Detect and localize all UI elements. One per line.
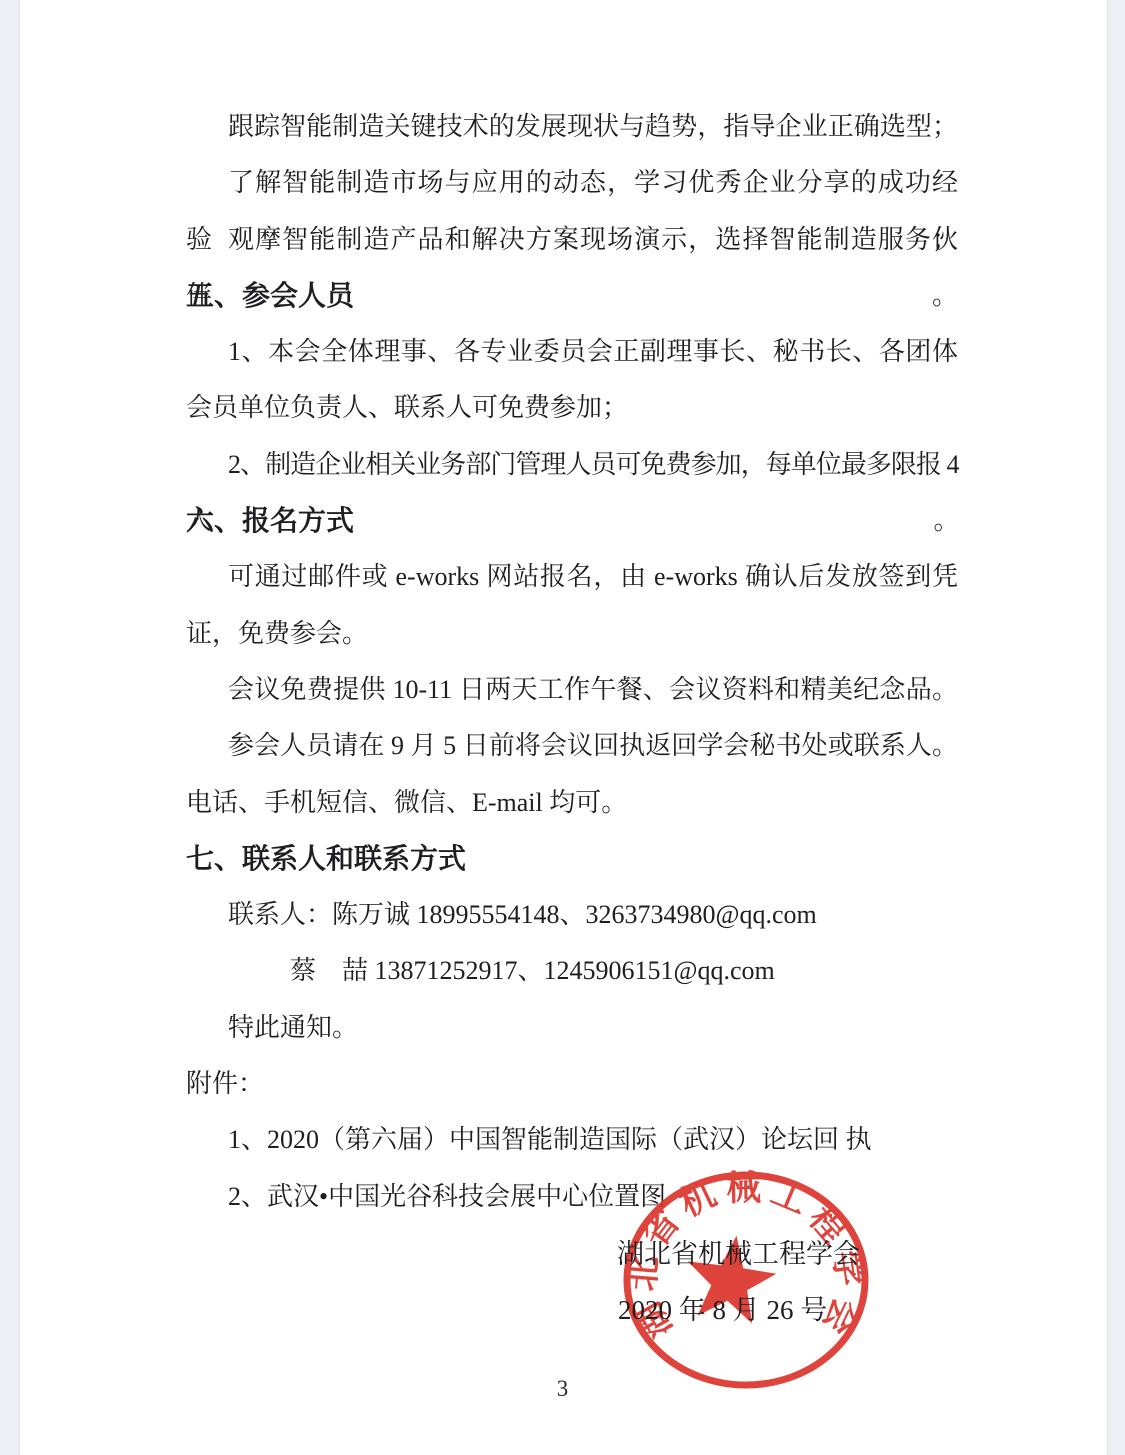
- doc-line: 跟踪智能制造关键技术的发展现状与趋势，指导企业正确选型；: [186, 99, 958, 155]
- doc-line: 会议免费提供 10-11 日两天工作午餐、会议资料和精美纪念品。: [186, 662, 958, 718]
- signature-organization: 湖北省机械工程学会: [617, 1226, 860, 1282]
- doc-line: 1、本会全体理事、各专业委员会正副理事长、秘书长、各团体: [186, 324, 958, 380]
- doc-line: 电话、手机短信、微信、E-mail 均可。: [186, 775, 958, 831]
- doc-line: 可通过邮件或 e-works 网站报名，由 e-works 确认后发放签到凭: [186, 549, 958, 605]
- doc-line: 观摩智能制造产品和解决方案现场演示，选择智能制造服务伙伴。: [186, 212, 958, 268]
- doc-line: 参会人员请在 9 月 5 日前将会议回执返回学会秘书处或联系人。: [186, 718, 958, 774]
- document-body: 跟踪智能制造关键技术的发展现状与趋势，指导企业正确选型；了解智能制造市场与应用的…: [186, 99, 958, 1225]
- doc-line: 证，免费参会。: [186, 606, 958, 662]
- section-heading: 七、联系人和联系方式: [186, 831, 958, 887]
- signature-date: 2020 年 8 月 26 号: [618, 1282, 827, 1338]
- doc-line: 附件：: [186, 1056, 958, 1112]
- doc-line: 了解智能制造市场与应用的动态，学习优秀企业分享的成功经验；: [186, 155, 958, 211]
- doc-line: 联系人：陈万诚 18995554148、3263734980@qq.com: [186, 887, 958, 943]
- page-number: 3: [19, 1376, 1106, 1402]
- doc-line: 1、2020（第六届）中国智能制造国际（武汉）论坛回 执: [186, 1112, 958, 1168]
- doc-line: 2、制造企业相关业务部门管理人员可免费参加，每单位最多限报 4 人。: [186, 437, 958, 493]
- doc-line: 蔡 喆 13871252917、1245906151@qq.com: [186, 943, 958, 999]
- doc-line: 特此通知。: [186, 1000, 958, 1056]
- doc-line: 会员单位负责人、联系人可免费参加；: [186, 380, 958, 436]
